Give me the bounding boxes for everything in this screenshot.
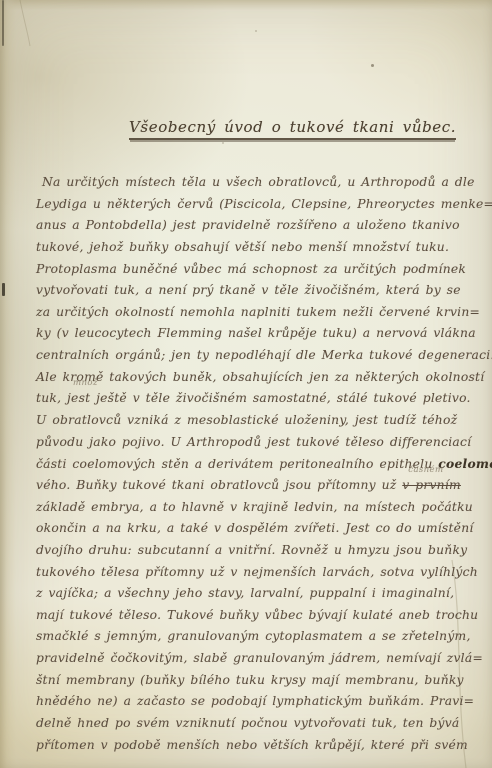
handwriting-text: pravidelně čočkovitým, slabě granulovaný… xyxy=(36,651,483,665)
manuscript-line: delně hned po svém vzniknutí počnou vytv… xyxy=(36,713,482,735)
corrected-text: časnémv prvním xyxy=(402,475,461,497)
ink-speck xyxy=(222,142,224,144)
handwriting-text: ky (v leucocytech Flemming našel krůpěje… xyxy=(36,326,476,340)
manuscript-line: mají tukové těleso. Tukové buňky vůbec b… xyxy=(36,605,482,627)
manuscript-line: Leydiga u některých červů (Piscicola, Cl… xyxy=(36,194,482,216)
manuscript-line: okončin a na krku, a také v dospělém zví… xyxy=(36,518,482,540)
document-title: Všeobecný úvod o tukové tkani vůbec. xyxy=(0,117,492,140)
ink-speck xyxy=(255,30,257,32)
handwriting-text: Protoplasma buněčné vůbec má schopnost z… xyxy=(36,262,466,276)
handwriting-text: anus a Pontobdella) jest pravidelně rozš… xyxy=(36,218,460,232)
handwriting-text: smačklé s jemným, granulovaným cytoplasm… xyxy=(36,629,471,643)
manuscript-line: původu jako pojivo. U Arthropodů jest tu… xyxy=(36,432,482,454)
pencil-annotation: časném xyxy=(408,465,443,475)
handwriting-text: z vajíčka; a všechny jeho stavy, larvaln… xyxy=(36,586,454,600)
handwriting-text: U obratlovců vzniká z mesoblastické ulož… xyxy=(36,413,457,427)
handwriting-text: mají tukové těleso. Tukové buňky vůbec b… xyxy=(36,608,478,622)
manuscript-line: Protoplasma buněčné vůbec má schopnost z… xyxy=(36,259,482,281)
manuscript-line: základě embrya, a to hlavně v krajině le… xyxy=(36,497,482,519)
handwriting-text: delně hned po svém vzniknutí počnou vytv… xyxy=(36,716,460,730)
manuscript-page: Všeobecný úvod o tukové tkani vůbec. Na … xyxy=(0,0,492,768)
manuscript-line: štní membrany (buňky bílého tuku krysy m… xyxy=(36,670,482,692)
manuscript-line: tukové, jehož buňky obsahují větší nebo … xyxy=(36,237,482,259)
manuscript-line: Ale kromě takových buněk, obsahujících j… xyxy=(36,367,482,389)
handwriting-text: Ale kromě takových buněk, obsahujících j… xyxy=(36,370,484,384)
manuscript-line: pravidelně čočkovitým, slabě granulovaný… xyxy=(36,648,482,670)
manuscript-line: U obratlovců vzniká z mesoblastické ulož… xyxy=(36,410,482,432)
handwriting-text: centralních orgánů; jen ty nepodléhají d… xyxy=(36,348,492,362)
manuscript-line: vytvořovati tuk, a není prý tkaně v těle… xyxy=(36,280,482,302)
handwriting-text: hnědého ne) a začasto se podobají lympha… xyxy=(36,694,474,708)
handwriting-text: základě embrya, a to hlavně v krajině le… xyxy=(36,500,473,514)
handwriting-text: za určitých okolností nemohla naplniti t… xyxy=(36,305,480,319)
manuscript-line: smačklé s jemným, granulovaným cytoplasm… xyxy=(36,626,482,648)
manuscript-line: ky (v leucocytech Flemming našel krůpěje… xyxy=(36,323,482,345)
manuscript-line: hnědého ne) a začasto se podobají lympha… xyxy=(36,691,482,713)
handwriting-text: jest ještě v těle živočišném samostatné,… xyxy=(67,391,471,405)
manuscript-body: Na určitých místech těla u všech obratlo… xyxy=(36,172,482,756)
handwriting-text: vého. Buňky tukové tkani obratlovců jsou… xyxy=(36,478,402,492)
handwriting-text: původu jako pojivo. U Arthropodů jest tu… xyxy=(36,435,471,449)
manuscript-line: tuk, množjest ještě v těle živočišném sa… xyxy=(36,388,482,410)
ink-speck xyxy=(371,64,374,67)
manuscript-line: z vajíčka; a všechny jeho stavy, larvaln… xyxy=(36,583,482,605)
handwriting-text: přítomen v podobě menších nebo větších k… xyxy=(36,738,468,752)
handwriting-text: okončin a na krku, a také v dospělém zví… xyxy=(36,521,474,535)
page-title: Všeobecný úvod o tukové tkani vůbec. xyxy=(129,118,456,140)
handwriting-text: dvojího druhu: subcutanní a vnitřní. Rov… xyxy=(36,543,467,557)
paper-edge-mark xyxy=(2,283,5,296)
manuscript-line: centralních orgánů; jen ty nepodléhají d… xyxy=(36,345,482,367)
manuscript-line: přítomen v podobě menších nebo větších k… xyxy=(36,735,482,757)
manuscript-line: anus a Pontobdella) jest pravidelně rozš… xyxy=(36,215,482,237)
manuscript-line: vého. Buňky tukové tkani obratlovců jsou… xyxy=(36,475,482,497)
handwriting-text: vytvořovati tuk, a není prý tkaně v těle… xyxy=(36,283,461,297)
handwriting-text: části coelomových stěn a derivátem perit… xyxy=(36,457,438,471)
paper-edge-line xyxy=(2,0,4,46)
strikethrough-text: v prvním xyxy=(402,478,461,492)
bold-ink-text: coelomo= xyxy=(438,456,492,471)
handwriting-text: tukového tělesa přítomny už v nejmenších… xyxy=(36,565,478,579)
handwriting-text: štní membrany (buňky bílého tuku krysy m… xyxy=(36,673,464,687)
manuscript-line: tukového tělesa přítomny už v nejmenších… xyxy=(36,562,482,584)
manuscript-line: dvojího druhu: subcutanní a vnitřní. Rov… xyxy=(36,540,482,562)
handwriting-text: tukové, jehož buňky obsahují větší nebo … xyxy=(36,240,449,254)
handwriting-text: Leydiga u některých červů (Piscicola, Cl… xyxy=(36,197,492,211)
handwriting-text: Na určitých místech těla u všech obratlo… xyxy=(42,175,475,189)
manuscript-line: za určitých okolností nemohla naplniti t… xyxy=(36,302,482,324)
handwriting-text: tuk, xyxy=(36,391,67,405)
manuscript-line: Na určitých místech těla u všech obratlo… xyxy=(36,172,482,194)
pencil-annotation: množ xyxy=(73,378,98,388)
corrected-text: množjest ještě v těle živočišném samosta… xyxy=(67,388,471,410)
